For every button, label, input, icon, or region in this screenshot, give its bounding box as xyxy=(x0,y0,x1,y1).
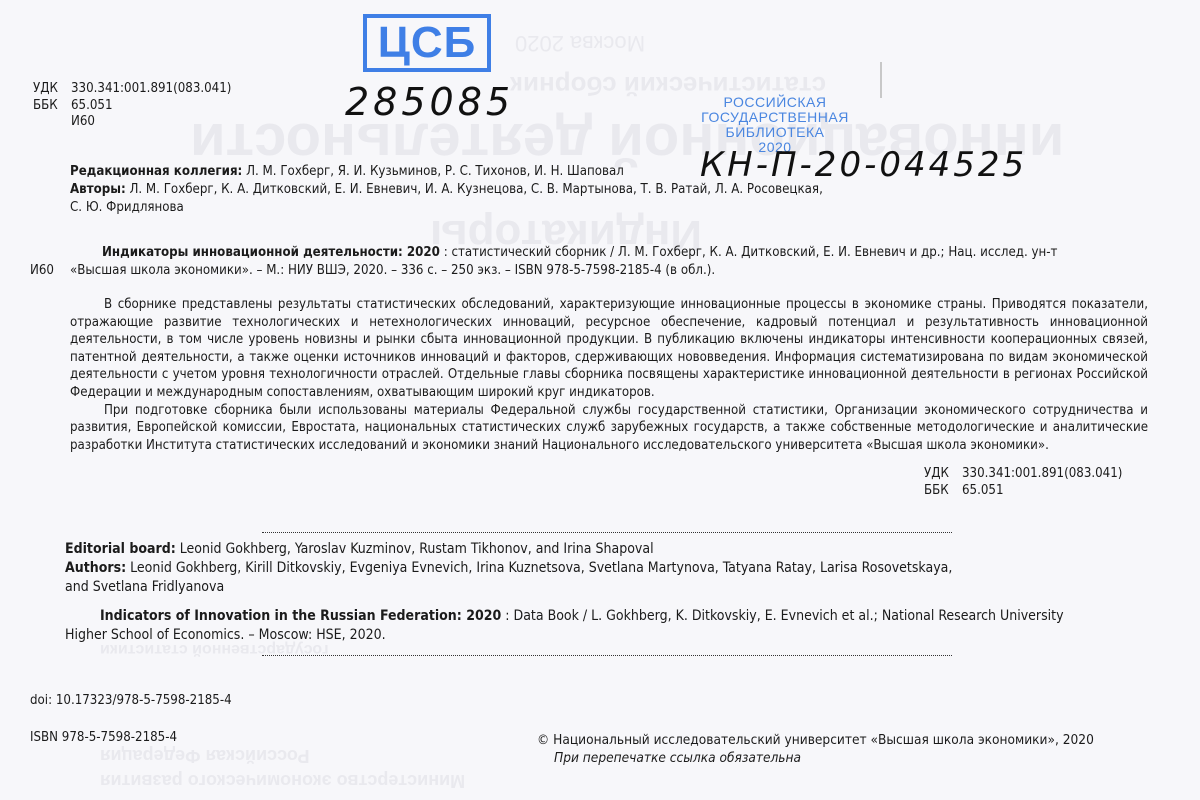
pencil-mark xyxy=(880,62,882,98)
credits-ru: Редакционная коллегия: Л. М. Гохберг, Я.… xyxy=(70,163,823,217)
watermark-line: Москва 2020 xyxy=(515,30,645,56)
copyright: © Национальный исследовательский универс… xyxy=(537,731,1094,767)
authors-names-en-continued: and Svetlana Fridlyanova xyxy=(65,578,952,597)
abstract-paragraph: При подготовке сборника были использован… xyxy=(70,402,1148,455)
editorial-board-label: Редакционная коллегия: xyxy=(70,164,242,179)
editorial-board-label-en: Editorial board: xyxy=(65,541,176,557)
author-mark: И60 xyxy=(71,114,95,129)
csb-stamp: ЦСБ xyxy=(363,14,491,72)
udk-value: 330.341:001.891(083.041) xyxy=(71,81,231,96)
copyright-text: Национальный исследовательский университ… xyxy=(553,732,1094,748)
bibliographic-details-en: : Data Book / L. Gokhberg, K. Ditkovskiy… xyxy=(501,608,1063,624)
authors-names-continued: С. Ю. Фридлянова xyxy=(70,199,823,217)
dotted-separator xyxy=(262,532,952,533)
bibliographic-publication-ru: «Высшая школа экономики». – М.: НИУ ВШЭ,… xyxy=(70,263,715,278)
bibliographic-record-ru: Индикаторы инновационной деятельности: 2… xyxy=(30,244,1057,280)
watermark-line: Министерство экономического развития xyxy=(100,770,465,791)
doi: doi: 10.17323/978-5-7598-2185-4 xyxy=(30,693,232,708)
classification-bottom: УДК330.341:001.891(083.041) ББК65.051 xyxy=(924,465,1122,499)
abstract-ru: В сборнике представлены результаты стати… xyxy=(70,296,1148,454)
book-title-ru: Индикаторы инновационной деятельности: 2… xyxy=(102,245,440,260)
authors-label: Авторы: xyxy=(70,182,126,197)
bbk-label: ББК xyxy=(33,98,71,115)
bbk-value: 65.051 xyxy=(71,98,113,113)
authors-names-en: Leonid Gokhberg, Kirill Ditkovskiy, Evge… xyxy=(130,560,952,576)
authors-names: Л. М. Гохберг, К. А. Дитковский, Е. И. Е… xyxy=(129,182,822,197)
isbn: ISBN 978-5-7598-2185-4 xyxy=(30,730,177,745)
editorial-board-names-en: Leonid Gokhberg, Yaroslav Kuzminov, Rust… xyxy=(180,541,654,557)
classification-top: УДК330.341:001.891(083.041) ББК65.051 И6… xyxy=(33,81,231,131)
authors-label-en: Authors: xyxy=(65,560,126,576)
margin-author-mark: И60 xyxy=(30,262,70,280)
handwritten-inventory-number: 285085 xyxy=(345,80,514,124)
library-stamp-line: РОССИЙСКАЯ xyxy=(700,95,850,110)
library-stamp-line: ГОСУДАРСТВЕННАЯ xyxy=(700,110,850,125)
library-stamp-line: БИБЛИОТЕКА xyxy=(700,125,850,140)
editorial-board-names: Л. М. Гохберг, Я. И. Кузьминов, Р. С. Ти… xyxy=(246,164,624,179)
watermark-line: Российская Федерация xyxy=(100,745,309,766)
book-title-en: Indicators of Innovation in the Russian … xyxy=(100,608,501,624)
udk-label: УДК xyxy=(924,465,962,482)
credits-en: Editorial board: Leonid Gokhberg, Yarosl… xyxy=(65,540,952,597)
reprint-note: При перепечатке ссылка обязательна xyxy=(537,749,1094,767)
dotted-separator xyxy=(262,655,952,656)
abstract-paragraph: В сборнике представлены результаты стати… xyxy=(70,296,1148,402)
bibliographic-record-en: Indicators of Innovation in the Russian … xyxy=(65,607,1064,645)
copyright-symbol: © xyxy=(537,732,549,748)
udk-label: УДК xyxy=(33,81,71,98)
udk-value: 330.341:001.891(083.041) xyxy=(962,466,1122,481)
bbk-label: ББК xyxy=(924,482,962,499)
bibliographic-publication-en: Higher School of Economics. – Moscow: HS… xyxy=(65,626,1064,645)
bbk-value: 65.051 xyxy=(962,483,1004,498)
bibliographic-details-ru: : статистический сборник / Л. М. Гохберг… xyxy=(440,245,1058,260)
